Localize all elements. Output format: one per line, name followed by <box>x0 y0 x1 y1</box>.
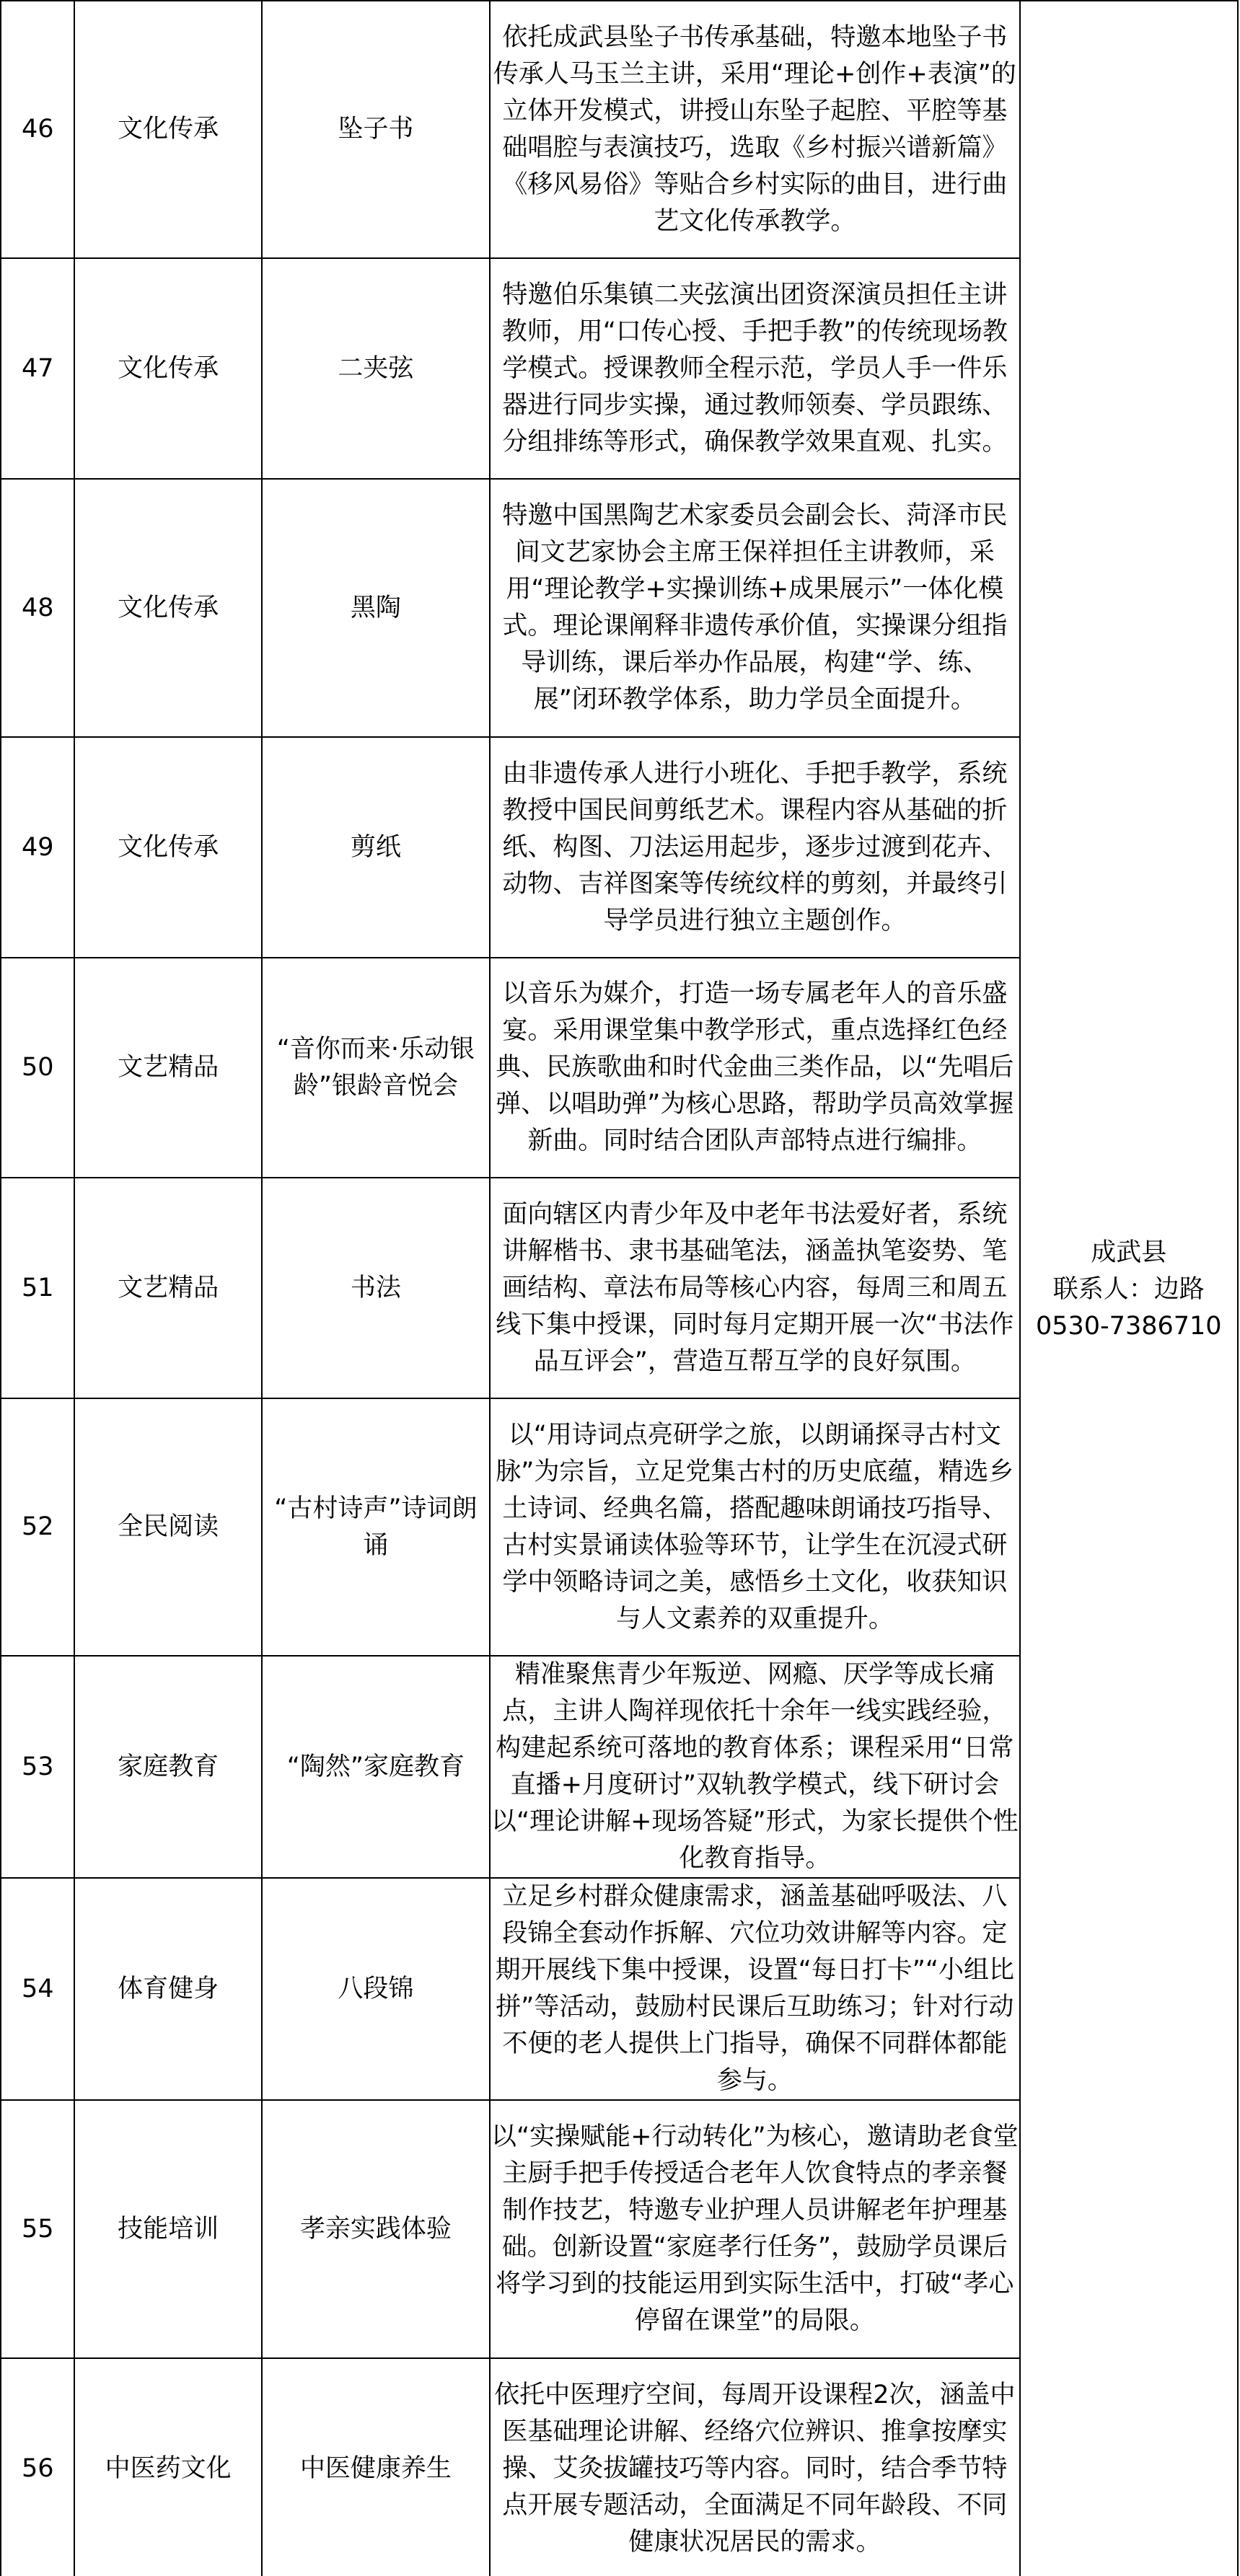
row-number: 54 <box>1 1878 74 2100</box>
row-course-name: 孝亲实践体验 <box>262 2100 490 2358</box>
row-description: 由非遗传承人进行小班化、手把手教学，系统教授中国民间剪纸艺术。课程内容从基础的折… <box>490 737 1019 958</box>
contact-phone: 0530-7386710 <box>1021 1308 1237 1345</box>
table-row: 46 文化传承 坠子书 依托成武县坠子书传承基础，特邀本地坠子书传承人马玉兰主讲… <box>1 1 1238 258</box>
row-number: 52 <box>1 1398 74 1656</box>
row-description: 特邀伯乐集镇二夹弦演出团资深演员担任主讲教师，用“口传心授、手把手教”的传统现场… <box>490 258 1019 479</box>
row-course-name: 坠子书 <box>262 1 490 258</box>
row-course-name: 中医健康养生 <box>262 2358 490 2576</box>
row-description: 精准聚焦青少年叛逆、网瘾、厌学等成长痛点，主讲人陶祥现依托十余年一线实践经验，构… <box>490 1656 1019 1878</box>
row-course-name: “古村诗声”诗词朗诵 <box>262 1398 490 1656</box>
row-category: 文化传承 <box>74 1 261 258</box>
row-number: 49 <box>1 737 74 958</box>
row-category: 文化传承 <box>74 258 261 479</box>
row-category: 全民阅读 <box>74 1398 261 1656</box>
row-course-name: 八段锦 <box>262 1878 490 2100</box>
row-category: 中医药文化 <box>74 2358 261 2576</box>
row-category: 文艺精品 <box>74 958 261 1178</box>
row-description: 依托成武县坠子书传承基础，特邀本地坠子书传承人马玉兰主讲，采用“理论+创作+表演… <box>490 1 1019 258</box>
contact-county: 成武县 <box>1021 1235 1237 1271</box>
row-description: 依托中医理疗空间，每周开设课程2次，涵盖中医基础理论讲解、经络穴位辨识、推拿按摩… <box>490 2358 1019 2576</box>
contact-cell: 成武县联系人：边路0530-7386710 <box>1020 1 1238 2576</box>
row-description: 以音乐为媒介，打造一场专属老年人的音乐盛宴。采用课堂集中教学形式，重点选择红色经… <box>490 958 1019 1178</box>
row-number: 51 <box>1 1178 74 1398</box>
row-course-name: 剪纸 <box>262 737 490 958</box>
row-course-name: 黑陶 <box>262 479 490 737</box>
row-category: 文化传承 <box>74 737 261 958</box>
row-description: 立足乡村群众健康需求，涵盖基础呼吸法、八段锦全套动作拆解、穴位功效讲解等内容。定… <box>490 1878 1019 2100</box>
row-description: 以“实操赋能+行动转化”为核心，邀请助老食堂主厨手把手传授适合老年人饮食特点的孝… <box>490 2100 1019 2358</box>
row-category: 文化传承 <box>74 479 261 737</box>
row-course-name: 二夹弦 <box>262 258 490 479</box>
row-course-name: 书法 <box>262 1178 490 1398</box>
row-number: 53 <box>1 1656 74 1878</box>
row-number: 48 <box>1 479 74 737</box>
row-course-name: “陶然”家庭教育 <box>262 1656 490 1878</box>
row-number: 46 <box>1 1 74 258</box>
course-table: 46 文化传承 坠子书 依托成武县坠子书传承基础，特邀本地坠子书传承人马玉兰主讲… <box>0 0 1239 2576</box>
row-category: 体育健身 <box>74 1878 261 2100</box>
row-description: 以“用诗词点亮研学之旅，以朗诵探寻古村文脉”为宗旨，立足党集古村的历史底蕴，精选… <box>490 1398 1019 1656</box>
row-category: 家庭教育 <box>74 1656 261 1878</box>
row-number: 47 <box>1 258 74 479</box>
contact-person: 联系人：边路 <box>1021 1271 1237 1308</box>
row-number: 56 <box>1 2358 74 2576</box>
row-description: 面向辖区内青少年及中老年书法爱好者，系统讲解楷书、隶书基础笔法，涵盖执笔姿势、笔… <box>490 1178 1019 1398</box>
row-category: 文艺精品 <box>74 1178 261 1398</box>
row-course-name: “音你而来·乐动银龄”银龄音悦会 <box>262 958 490 1178</box>
row-description: 特邀中国黑陶艺术家委员会副会长、菏泽市民间文艺家协会主席王保祥担任主讲教师，采用… <box>490 479 1019 737</box>
row-number: 55 <box>1 2100 74 2358</box>
row-number: 50 <box>1 958 74 1178</box>
row-category: 技能培训 <box>74 2100 261 2358</box>
